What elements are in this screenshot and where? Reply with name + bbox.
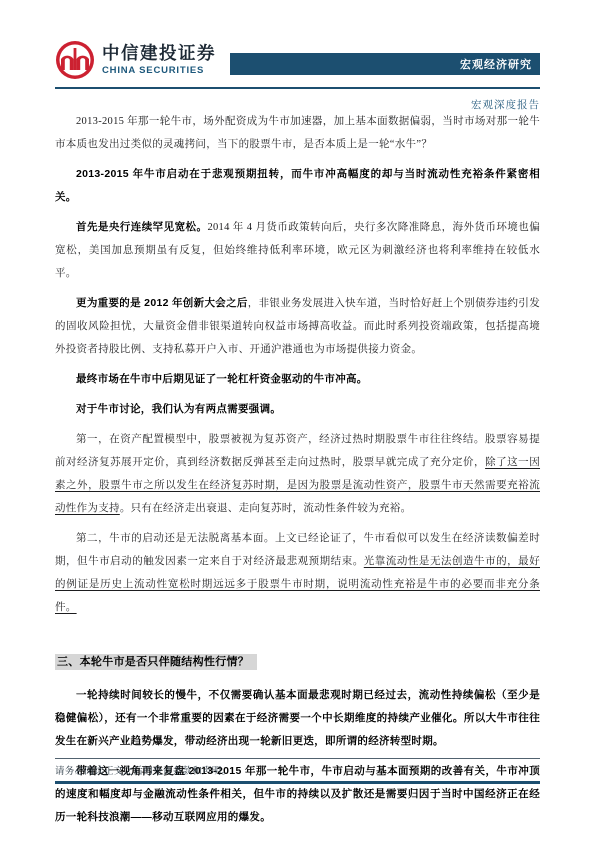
- brand-name-cn: 中信建投证券: [102, 45, 216, 63]
- page-header: 中信建投证券 CHINA SECURITIES 宏观经济研究 宏观深度报告: [55, 38, 540, 112]
- section-heading-text: 三、本轮牛市是否只伴随结构性行情？: [55, 654, 257, 670]
- paragraph: 对于牛市讨论，我们认为有两点需要强调。: [55, 398, 540, 421]
- text-run: 第一，在资产配置模型中，股票被视为复苏资产，经济过热时期股票牛市往往终结。股票容…: [55, 434, 540, 468]
- disclaimer-text: 请务必阅读正文之后的免责条款和声明。: [55, 759, 540, 781]
- text-run: 最终市场在牛市中后期见证了一轮杠杆资金驱动的牛市冲高。: [76, 373, 368, 385]
- document-body: 2013-2015 年那一轮牛市，场外配资成为牛市加速器，加上基本面数据偏弱，当…: [55, 110, 540, 836]
- paragraph: 2013-2015 年那一轮牛市，场外配资成为牛市加速器，加上基本面数据偏弱，当…: [55, 110, 540, 156]
- paragraph: 最终市场在牛市中后期见证了一轮杠杆资金驱动的牛市冲高。: [55, 368, 540, 391]
- paragraph: 第二，牛市的启动还是无法脱离基本面。上文已经论证了，牛市看似可以发生在经济读数偏…: [55, 527, 540, 619]
- brand-logo: 中信建投证券 CHINA SECURITIES: [55, 38, 216, 82]
- page-footer: 请务必阅读正文之后的免责条款和声明。: [55, 758, 540, 784]
- footer-thick-divider: [55, 781, 540, 784]
- brand-name-en: CHINA SECURITIES: [102, 66, 216, 76]
- section-heading: 三、本轮牛市是否只伴随结构性行情？: [55, 651, 540, 674]
- text-run: 。只有在经济走出衰退、走向复苏时，流动性条件较为充裕。: [120, 503, 412, 514]
- header-divider: [55, 87, 540, 89]
- paragraph: 首先是央行连续罕见宽松。2014 年 4 月货币政策转向后，央行多次降准降息，海…: [55, 216, 540, 285]
- text-run: 更为重要的是 2012 年创新大会之后: [76, 297, 248, 309]
- text-run: 对于牛市讨论，我们认为有两点需要强调。: [76, 403, 281, 415]
- paragraph: 更为重要的是 2012 年创新大会之后，非银业务发展进入快车道，当时恰好赶上个别…: [55, 292, 540, 361]
- banner-label: 宏观经济研究: [460, 56, 540, 72]
- report-page: 中信建投证券 CHINA SECURITIES 宏观经济研究 宏观深度报告 20…: [0, 0, 595, 842]
- text-run: 2013-2015 年牛市启动在于悲观预期扭转，而牛市冲高幅度的却与当时流动性充…: [55, 168, 540, 203]
- text-run: 首先是央行连续罕见宽松。: [76, 221, 207, 233]
- paragraph: 2013-2015 年牛市启动在于悲观预期扭转，而牛市冲高幅度的却与当时流动性充…: [55, 163, 540, 209]
- csc-logo-icon: [55, 40, 95, 80]
- research-category-banner: 宏观经济研究: [230, 53, 540, 75]
- text-run: 2013-2015 年那一轮牛市，场外配资成为牛市加速器，加上基本面数据偏弱，当…: [55, 116, 540, 150]
- text-run: 一轮持续时间较长的慢牛，不仅需要确认基本面最悲观时期已经过去，流动性持续偏松（至…: [55, 689, 540, 747]
- paragraph: 一轮持续时间较长的慢牛，不仅需要确认基本面最悲观时期已经过去，流动性持续偏松（至…: [55, 684, 540, 753]
- paragraph: 第一，在资产配置模型中，股票被视为复苏资产，经济过热时期股票牛市往往终结。股票容…: [55, 428, 540, 520]
